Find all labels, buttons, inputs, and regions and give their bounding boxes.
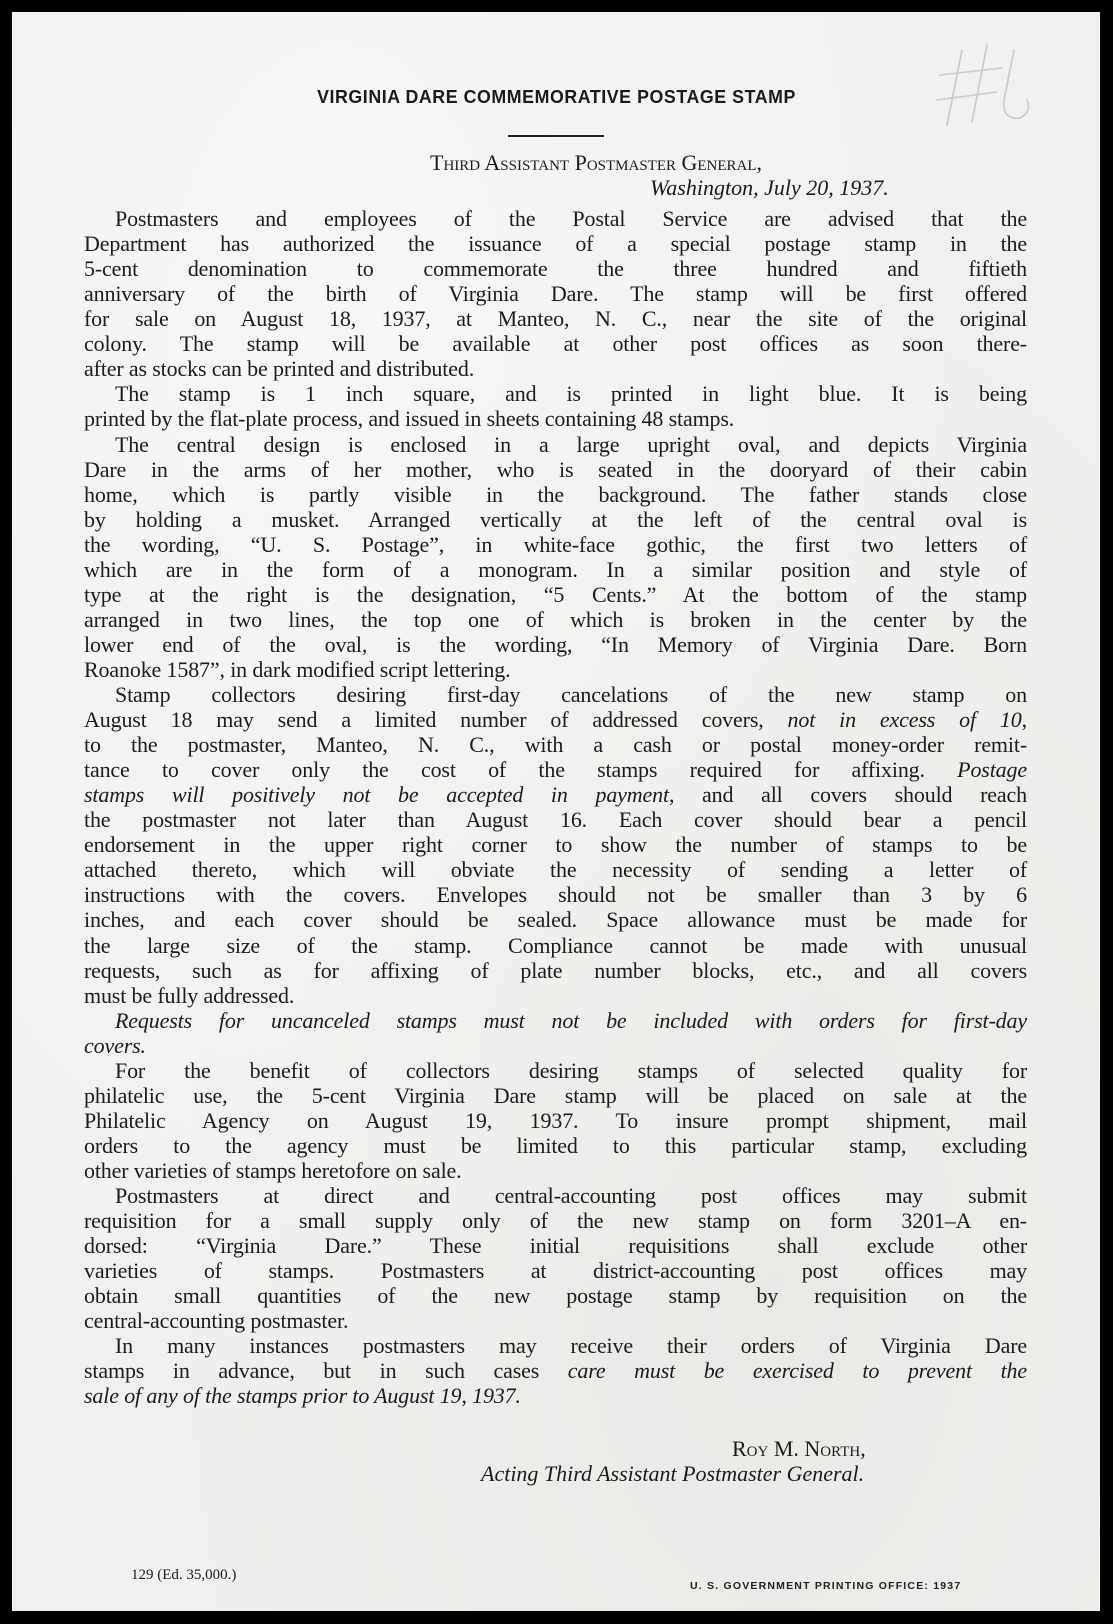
text-run: The central design is enclosed in a larg… (115, 432, 1027, 457)
issuing-office: Third Assistant Postmaster General, (430, 150, 762, 176)
body-line: home, which is partly visible in the bac… (84, 482, 1027, 508)
body-line: inches, and each cover should be sealed.… (84, 907, 1027, 933)
emphasized-text: not in excess of 10 (788, 707, 1022, 732)
body-line: Requests for uncanceled stamps must not … (115, 1008, 1027, 1034)
text-run: The stamp is 1 inch square, and is print… (115, 381, 1027, 406)
body-line: Postmasters at direct and central-accoun… (115, 1183, 1027, 1209)
text-run: Roanoke 1587”, in dark modified script l… (84, 657, 510, 682)
text-run: other varieties of stamps heretofore on … (84, 1158, 462, 1183)
body-line: dorsed: “Virginia Dare.” These initial r… (84, 1233, 1027, 1259)
body-line: stamps in advance, but in such cases car… (84, 1358, 1027, 1384)
text-run: dorsed: “Virginia Dare.” These initial r… (84, 1233, 1027, 1258)
text-run: inches, and each cover should be sealed.… (84, 907, 1027, 932)
text-run: printed by the flat-plate process, and i… (84, 406, 734, 431)
body-line: The central design is enclosed in a larg… (115, 432, 1027, 458)
text-run: the large size of the stamp. Compliance … (84, 933, 1027, 958)
text-run: home, which is partly visible in the bac… (84, 482, 1027, 507)
body-line: 5-cent denomination to commemorate the t… (84, 256, 1027, 282)
text-run: Department has authorized the issuance o… (84, 231, 1027, 256)
text-run: For the benefit of collectors desiring s… (115, 1058, 1027, 1083)
body-line: must be fully addressed. (84, 983, 1027, 1009)
body-line: attached thereto, which will obviate the… (84, 857, 1027, 883)
body-line: lower end of the oval, is the wording, “… (84, 632, 1027, 658)
text-run: which are in the form of a monogram. In … (84, 557, 1027, 582)
body-line: Postmasters and employees of the Postal … (115, 206, 1027, 232)
body-line: arranged in two lines, the top one of wh… (84, 607, 1027, 633)
text-run: varieties of stamps. Postmasters at dist… (84, 1258, 1027, 1283)
emphasized-text: Postage (957, 757, 1027, 782)
body-line: the large size of the stamp. Compliance … (84, 933, 1027, 959)
text-run: August 18 may send a limited number of a… (84, 707, 788, 732)
text-run: requests, such as for affixing of plate … (84, 958, 1027, 983)
body-line: In many instances postmasters may receiv… (115, 1333, 1027, 1359)
text-run: type at the right is the designation, “5… (84, 582, 1027, 607)
text-run: orders to the agency must be limited to … (84, 1133, 1027, 1158)
body-line: anniversary of the birth of Virginia Dar… (84, 281, 1027, 307)
text-run: , (1022, 707, 1027, 732)
body-line: requisition for a small supply only of t… (84, 1208, 1027, 1234)
body-line: for sale on August 18, 1937, at Manteo, … (84, 306, 1027, 332)
text-run: obtain small quantities of the new posta… (84, 1283, 1027, 1308)
text-run: 5-cent denomination to commemorate the t… (84, 256, 1027, 281)
body-line: The stamp is 1 inch square, and is print… (115, 381, 1027, 407)
body-line: stamps will positively not be accepted i… (84, 782, 1027, 808)
emphasized-text: Requests for uncanceled stamps must not … (115, 1008, 1027, 1033)
body-line: For the benefit of collectors desiring s… (115, 1058, 1027, 1084)
text-run: , and all covers should reach (669, 782, 1027, 807)
body-line: Stamp collectors desiring first-day canc… (115, 682, 1027, 708)
text-run: Dare in the arms of her mother, who is s… (84, 457, 1027, 482)
text-run: central-accounting postmaster. (84, 1308, 348, 1333)
body-line: instructions with the covers. Envelopes … (84, 882, 1027, 908)
body-line: after as stocks can be printed and distr… (84, 356, 1027, 382)
title-divider (508, 135, 604, 137)
body-line: type at the right is the designation, “5… (84, 582, 1027, 608)
edition-number: 129 (Ed. 35,000.) (131, 1567, 236, 1584)
text-run: by holding a musket. Arranged vertically… (84, 507, 1027, 532)
dateline: Washington, July 20, 1937. (650, 175, 889, 201)
body-line: orders to the agency must be limited to … (84, 1133, 1027, 1159)
document-title: VIRGINIA DARE COMMEMORATIVE POSTAGE STAM… (22, 86, 1090, 108)
emphasized-text: covers. (84, 1033, 146, 1058)
text-run: anniversary of the birth of Virginia Dar… (84, 281, 1027, 306)
text-run: instructions with the covers. Envelopes … (84, 882, 1027, 907)
body-line: sale of any of the stamps prior to Augus… (84, 1383, 1027, 1409)
body-line: philatelic use, the 5-cent Virginia Dare… (84, 1083, 1027, 1109)
text-run: arranged in two lines, the top one of wh… (84, 607, 1027, 632)
body-line: central-accounting postmaster. (84, 1308, 1027, 1334)
text-run: Philatelic Agency on August 19, 1937. To… (84, 1108, 1027, 1133)
text-run: philatelic use, the 5-cent Virginia Dare… (84, 1083, 1027, 1108)
pencil-annotation-mark (932, 30, 1042, 140)
body-line: varieties of stamps. Postmasters at dist… (84, 1258, 1027, 1284)
emphasized-text: sale of any of the stamps prior to Augus… (84, 1383, 521, 1408)
body-line: Philatelic Agency on August 19, 1937. To… (84, 1108, 1027, 1134)
text-run: In many instances postmasters may receiv… (115, 1333, 1027, 1358)
text-run: to the postmaster, Manteo, N. C., with a… (84, 732, 1027, 757)
body-line: the postmaster not later than August 16.… (84, 807, 1027, 833)
text-run: endorsement in the upper right corner to… (84, 832, 1027, 857)
signature-title: Acting Third Assistant Postmaster Genera… (481, 1461, 864, 1487)
body-line: the wording, “U. S. Postage”, in white-f… (84, 532, 1027, 558)
text-run: Stamp collectors desiring first-day canc… (115, 682, 1027, 707)
body-line: Department has authorized the issuance o… (84, 231, 1027, 257)
body-line: covers. (84, 1033, 1027, 1059)
body-line: Roanoke 1587”, in dark modified script l… (84, 657, 1027, 683)
text-run: requisition for a small supply only of t… (84, 1208, 1027, 1233)
printer-imprint: U. S. GOVERNMENT PRINTING OFFICE: 1937 (690, 1580, 961, 1592)
text-run: lower end of the oval, is the wording, “… (84, 632, 1027, 657)
text-run: colony. The stamp will be available at o… (84, 331, 1027, 356)
text-run: after as stocks can be printed and distr… (84, 356, 474, 381)
emphasized-text: stamps will positively not be accepted i… (84, 782, 669, 807)
body-line: endorsement in the upper right corner to… (84, 832, 1027, 858)
body-line: tance to cover only the cost of the stam… (84, 757, 1027, 783)
signature-name: Roy M. North, (732, 1436, 866, 1462)
text-run: the postmaster not later than August 16.… (84, 807, 1027, 832)
body-line: to the postmaster, Manteo, N. C., with a… (84, 732, 1027, 758)
text-run: the wording, “U. S. Postage”, in white-f… (84, 532, 1027, 557)
body-line: Dare in the arms of her mother, who is s… (84, 457, 1027, 483)
body-line: requests, such as for affixing of plate … (84, 958, 1027, 984)
body-line: by holding a musket. Arranged vertically… (84, 507, 1027, 533)
text-run: stamps in advance, but in such cases (84, 1358, 568, 1383)
body-line: obtain small quantities of the new posta… (84, 1283, 1027, 1309)
text-run: Postmasters at direct and central-accoun… (115, 1183, 1027, 1208)
body-line: colony. The stamp will be available at o… (84, 331, 1027, 357)
body-line: printed by the flat-plate process, and i… (84, 406, 1027, 432)
body-line: August 18 may send a limited number of a… (84, 707, 1027, 733)
emphasized-text: care must be exercised to prevent the (568, 1358, 1027, 1383)
body-line: other varieties of stamps heretofore on … (84, 1158, 1027, 1184)
text-run: for sale on August 18, 1937, at Manteo, … (84, 306, 1027, 331)
text-run: attached thereto, which will obviate the… (84, 857, 1027, 882)
body-line: which are in the form of a monogram. In … (84, 557, 1027, 583)
text-run: tance to cover only the cost of the stam… (84, 757, 957, 782)
text-run: Postmasters and employees of the Postal … (115, 206, 1027, 231)
text-run: must be fully addressed. (84, 983, 294, 1008)
